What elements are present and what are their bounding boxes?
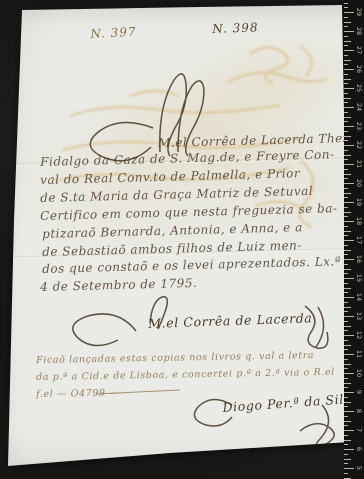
ruler-tick [344,326,351,327]
bleedthrough-ink-layer [0,0,364,479]
manuscript-line: de Sebastiaõ ambos filhos de Luiz men- [42,238,302,259]
signature-secondary: Diogo Per.ª da Silva [222,390,360,415]
ruler-tick [344,307,351,308]
ruler-tick [344,107,354,108]
manuscript-line: 4 de Setembro de 1795. [40,276,197,294]
ruler-tick [344,55,348,56]
manuscript-line: M.el Corrêa de Lacerda Thez.ro [158,131,364,150]
manuscript-line: val do Real Conv.to de Palmella, e Prior [40,166,300,187]
note-line: Ficaõ lançadas estas copias nos livros q… [36,350,314,366]
ruler-tick [344,207,348,208]
ruler-tick [344,178,348,179]
ruler-number: 28 [355,25,363,37]
ruler-tick [344,478,351,479]
ruler-tick [344,288,351,289]
ruler-tick [344,330,348,331]
ruler-number: 9 [355,386,363,398]
ruler-number: 14 [355,291,363,303]
paper-shadow: N. 397 N. 398 M.el Corrêa de Lacerda The… [0,0,364,479]
ruler-tick [344,3,348,4]
ruler-tick [344,183,354,184]
ruler-tick [344,36,348,37]
ruler-number: 20 [355,177,363,189]
ruler-tick [344,245,348,246]
ruler-tick [344,435,348,436]
ruler-tick [344,50,354,51]
ruler-tick [344,454,348,455]
ruler-tick [344,202,354,203]
second-signature-flourish [194,399,232,426]
ruler-tick [344,60,351,61]
ruler-tick [344,468,354,469]
ruler-number: 29 [355,6,363,18]
ruler-number: 5 [355,462,363,474]
ruler-tick [344,349,348,350]
signature-primary: M.el Corrêa de Lacerda [148,310,313,331]
ruler-tick [344,259,354,260]
ruler-tick [344,121,348,122]
ruler-tick [344,64,348,65]
ruler-tick [344,373,354,374]
ruler-tick [344,387,348,388]
bleedthrough-squiggles [55,46,328,227]
ruler-number: 15 [355,272,363,284]
ruler-tick [344,283,348,284]
ruler-tick [344,83,348,84]
ruler-tick [344,93,348,94]
ruler-tick [344,364,351,365]
ruler-tick [344,292,348,293]
ruler-tick [344,269,351,270]
ruler-tick [344,321,348,322]
ruler-tick [344,421,351,422]
ruler-tick [344,250,351,251]
ruler-number: 6 [355,443,363,455]
ruler-tick [344,169,348,170]
ruler-tick [344,402,351,403]
ruler-tick [344,354,354,355]
ruler-tick [344,459,351,460]
ruler-tick [344,193,351,194]
ruler-tick [344,221,354,222]
note-line: f.el — O4799 — [36,388,119,400]
second-signature-flourish [316,405,329,451]
ruler-number: 26 [355,63,363,75]
ruler-number: 19 [355,196,363,208]
ruler-tick [344,240,354,241]
ruler-number: 18 [355,215,363,227]
ruler-tick [344,278,354,279]
ruler-number: 21 [355,158,363,170]
ruler-tick [344,416,348,417]
ruler-tick [344,425,348,426]
folio-number-left: N. 397 [90,25,137,41]
ruler-tick [344,449,354,450]
monogram-flourish [178,81,204,156]
ruler-tick [344,126,354,127]
ruler-number: 25 [355,82,363,94]
ruler-tick [344,216,348,217]
ruler-tick [344,136,351,137]
ruler-tick [344,430,354,431]
ruler-tick [344,345,351,346]
ruler-tick [344,231,351,232]
ruler-tick [344,359,348,360]
manuscript-line: ptizaraõ Bernarda, Antonia, e Anna, e a [42,220,303,241]
ruler-tick [344,392,354,393]
ruler-tick [344,7,348,8]
ruler-number: 10 [355,367,363,379]
ruler-tick [344,17,348,18]
ruler-tick [344,112,348,113]
signature-oval-flourish [73,314,136,346]
ruler-tick [344,463,348,464]
ruler-tick [344,411,354,412]
ruler-tick [344,12,354,13]
manuscript-line: Certifico em como que nesta freguezia se… [40,201,338,223]
note-underline [96,390,180,394]
ruler-tick [344,45,348,46]
ruler-tick [344,383,351,384]
ruler-tick [344,150,348,151]
fold-crease [0,157,364,166]
ruler-tick [344,473,348,474]
manuscript-line: Fidalgo da Caza de S. Mag.de, e Freyre C… [40,147,335,169]
ruler-tick [344,164,354,165]
ruler-number: 11 [355,348,363,360]
ruler-tick [344,378,348,379]
ink-flourish-layer [0,0,364,479]
ruler-number: 16 [355,253,363,265]
ruler-tick [344,174,351,175]
second-signature-rubric [300,424,334,458]
ruler-tick [344,188,348,189]
ruler-tick [344,145,354,146]
ruler-number: 23 [355,120,363,132]
ruler-tick [344,316,354,317]
ruler-number: 27 [355,44,363,56]
fold-crease [0,248,364,260]
paper-sheet: N. 397 N. 398 M.el Corrêa de Lacerda The… [0,0,364,479]
ruler-tick [344,254,348,255]
ruler-number: 7 [355,424,363,436]
ruler-tick [344,235,348,236]
ruler-tick [344,264,348,265]
ruler-tick [344,79,351,80]
ruler-number: 22 [355,139,363,151]
signature-loop-flourish [150,297,167,329]
monogram-flourish [160,74,187,156]
ruler-tick [344,98,351,99]
manuscript-scan: N. 397 N. 398 M.el Corrêa de Lacerda The… [0,0,364,479]
ruler-tick [344,155,351,156]
ruler-tick [344,131,348,132]
ruler-tick [344,117,351,118]
ruler-tick [344,197,348,198]
monogram-flourish [90,123,153,161]
ruler-tick [344,273,348,274]
ruler-tick [344,41,351,42]
ruler-number: 12 [355,329,363,341]
ruler-tick [344,22,351,23]
ruler-tick [344,31,354,32]
ruler-tick [344,102,348,103]
ruler-tick [344,297,354,298]
ruler-number: 24 [355,101,363,113]
note-line: da p.ª a Cid.e de Lisboa, e concertei p.… [36,367,335,383]
ruler-tick [344,302,348,303]
ruler-number: 13 [355,310,363,322]
ruler-tick [344,140,348,141]
ruler-tick [344,26,348,27]
ruler-tick [344,368,348,369]
ruler-tick [344,406,348,407]
ruler-number: 8 [355,405,363,417]
ruler-tick [344,74,348,75]
signature-rubric [305,306,328,348]
ruler-tick [344,69,354,70]
manuscript-line: de S.ta Maria da Graça Matriz de Setuval [40,184,313,205]
ruler-tick [344,226,348,227]
ruler-tick [344,340,348,341]
signature-rubric [316,307,324,347]
ruler-tick [344,440,351,441]
ruler-tick [344,444,348,445]
ruler-number: 17 [355,234,363,246]
ruler-tick [344,335,354,336]
ruler-tick [344,397,348,398]
manuscript-line: dos que constaõ e os levei aprezentados.… [42,254,341,276]
ruler-tick [344,311,348,312]
measurement-ruler: 2928272625242322212019181716151413121110… [344,0,364,479]
folio-number-right: N. 398 [212,20,259,36]
ruler-tick [344,159,348,160]
ruler-tick [344,88,354,89]
ruler-tick [344,212,351,213]
